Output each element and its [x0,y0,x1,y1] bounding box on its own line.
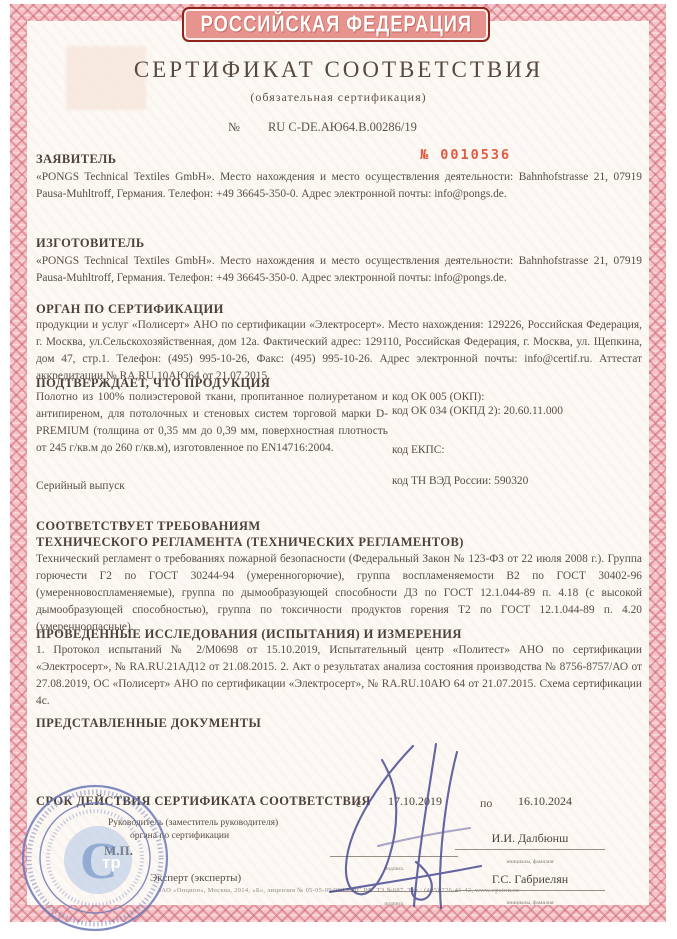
code-okpd2: код ОК 034 (ОКПД 2): 20.60.11.000 [392,405,644,417]
blank-form-number: № 0010536 [420,147,511,163]
certificate-number-value: RU C-DE.АЮ64.В.00286/19 [268,120,417,134]
validity-to-date: 16.10.2024 [518,794,572,809]
code-tnved: код ТН ВЭД России: 590320 [392,475,644,487]
name-caption: инициалы, фамилия [506,900,553,906]
certificate-title: СЕРТИФИКАТ СООТВЕТСТВИЯ [0,57,677,83]
rst-mark-small-letters: тр [102,853,121,872]
certification-body-heading: ОРГАН ПО СЕРТИФИКАЦИИ [36,302,224,317]
certification-body-text: продукции и услуг «Полисерт» АНО по серт… [36,317,642,385]
compliance-heading-1: СООТВЕТСТВУЕТ ТРЕБОВАНИЯМ [36,519,261,534]
compliance-heading-2: ТЕХНИЧЕСКОГО РЕГЛАМЕНТА (ТЕХНИЧЕСКИХ РЕГ… [36,535,464,550]
product-description: Полотно из 100% полиэстеровой ткани, про… [36,389,388,457]
applicant-heading: ЗАЯВИТЕЛЬ [36,152,116,167]
certificate-number-label: № [228,120,240,134]
tests-text: 1. Протокол испытаний № 2/М0698 от 15.10… [36,642,642,710]
product-codes: код ОК 005 (ОКП): код ОК 034 (ОКПД 2): 2… [392,391,644,487]
documents-heading: ПРЕДСТАВЛЕННЫЕ ДОКУМЕНТЫ [36,716,261,731]
handwritten-signature [318,742,488,910]
name-caption: инициалы, фамилия [506,859,553,865]
manufacturer-text: «PONGS Technical Textiles GmbH». Место н… [36,253,642,287]
certificate-subtitle: (обязательная сертификация) [0,90,677,105]
compliance-text: Технический регламент о требованиях пожа… [36,551,642,635]
certificate-number: №RU C-DE.АЮ64.В.00286/19 [228,120,417,135]
country-banner-label: РОССИЙСКАЯ ФЕДЕРАЦИЯ [200,12,471,38]
certification-stamp-icon: С тр [10,780,172,932]
code-ekps: код ЕКПС: [392,444,644,456]
code-okp: код ОК 005 (ОКП): [392,391,644,403]
country-banner: РОССИЙСКАЯ ФЕДЕРАЦИЯ [182,7,490,42]
manufacturer-heading: ИЗГОТОВИТЕЛЬ [36,236,145,251]
applicant-text: «PONGS Technical Textiles GmbH». Место н… [36,169,642,203]
tests-heading: ПРОВЕДЕННЫЕ ИССЛЕДОВАНИЯ (ИСПЫТАНИЯ) И И… [36,627,462,642]
certificate-page: РОССИЙСКАЯ ФЕДЕРАЦИЯ СЕРТИФИКАТ СООТВЕТС… [0,0,677,939]
serial-production-note: Серийный выпуск [36,478,125,495]
